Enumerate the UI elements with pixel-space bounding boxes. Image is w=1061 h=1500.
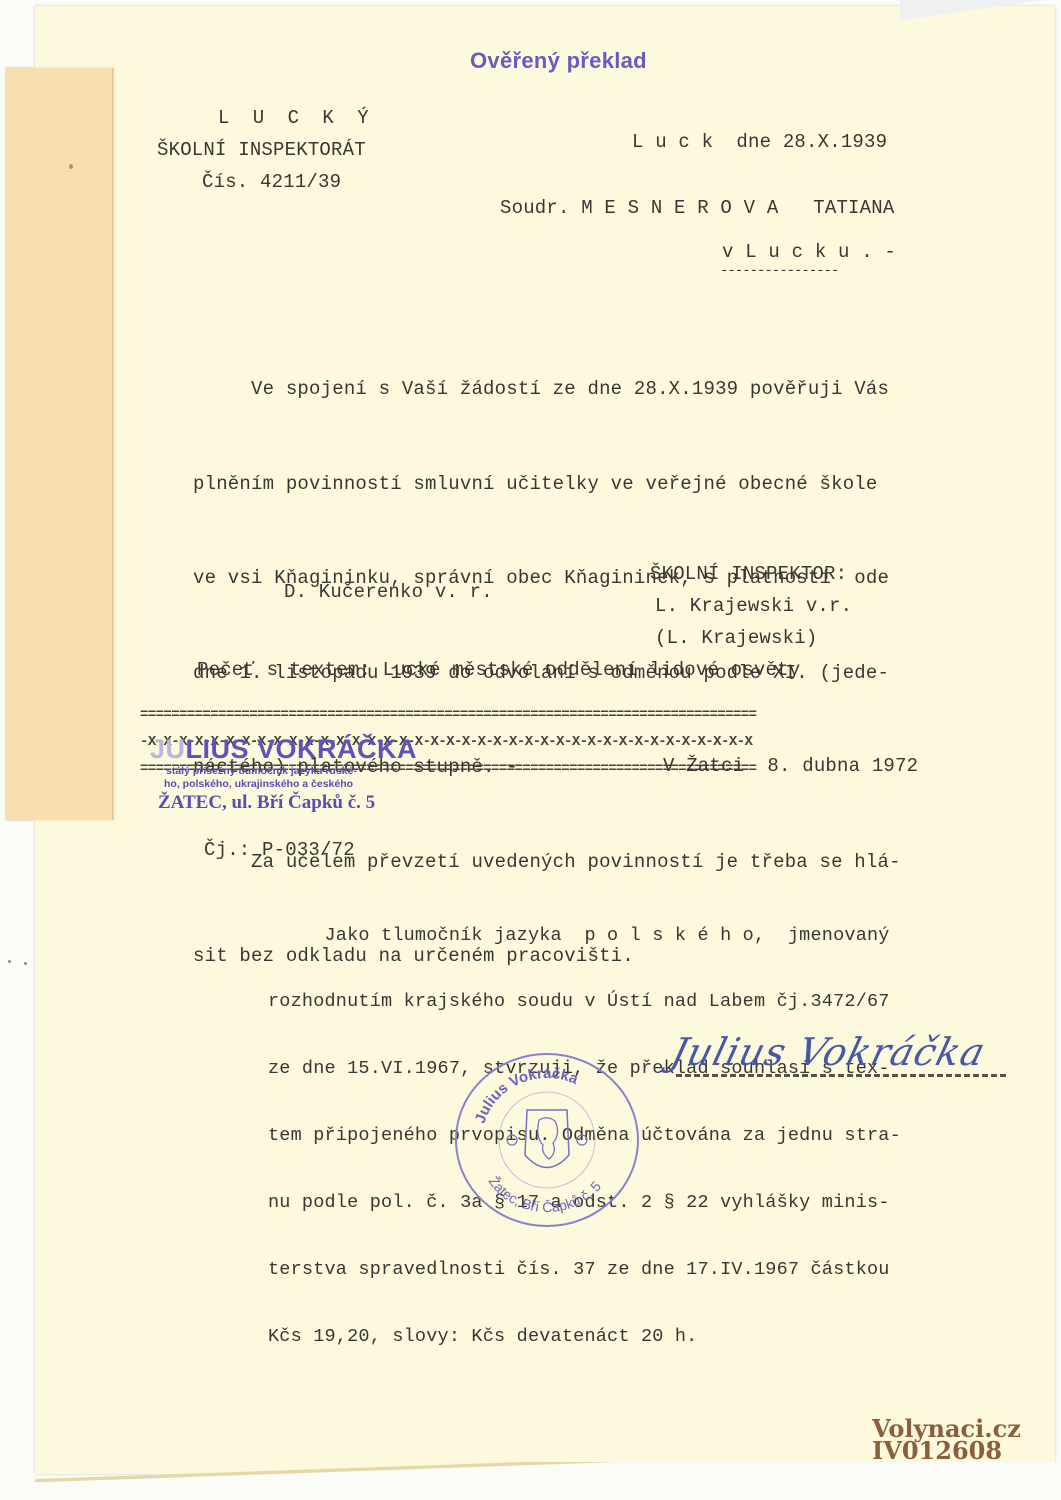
signature-left: D. Kučerenko v. r. [284, 580, 493, 604]
translation-place-date: V Žatci 8. dubna 1972 [663, 754, 918, 778]
signature-dashed-line [676, 1074, 1006, 1077]
watermark-id: IV012608 [872, 1440, 1021, 1462]
body-line: Ve spojení s Vaší žádostí ze dne 28.X.19… [193, 374, 901, 406]
paper-blemish [69, 164, 73, 169]
svg-text:Žatec, Bří Čapků č. 5: Žatec, Bří Čapků č. 5 [486, 1173, 605, 1215]
scan-speck [8, 960, 11, 963]
translator-languages: ho, polského, ukrajinského a českého [164, 778, 417, 791]
letterhead-city: L U C K Ý [218, 106, 375, 130]
signature-right-name: (L. Krajewski) [655, 626, 817, 650]
translator-stamp: JULIUS VOKRÁČKA stálý přísežný tlumočník… [150, 734, 417, 814]
signature-right: L. Krajewski v.r. [655, 594, 852, 618]
recipient-underline: ---------------- [720, 259, 838, 283]
underlying-paper-strip-front [5, 68, 113, 820]
scan-speck [24, 962, 27, 965]
certification-line: Jako tlumočník jazyka p o l s k é h o, j… [268, 925, 901, 947]
lion-coat-of-arms-icon: Julius Vokráčka Žatec, Bří Čapků č. 5 [457, 1055, 637, 1225]
translator-name-faded: JU [150, 734, 186, 764]
handwritten-signature: Julius Vokráčka [667, 1030, 991, 1074]
reference-number: Čj.: P-033/72 [204, 838, 355, 862]
round-seal: Julius Vokráčka Žatec, Bří Čapků č. 5 [455, 1053, 639, 1227]
verified-translation-stamp: Ověřený překlad [470, 48, 647, 74]
body-line: plněním povinností smluvní učitelky ve v… [193, 469, 901, 501]
certification-line: Kčs 19,20, slovy: Kčs devatenáct 20 h. [268, 1326, 901, 1348]
seal-note: Pečeť s textem: Lucké městské oddělení l… [197, 658, 800, 682]
inspector-title: ŠKOLNÍ INSPEKTOR: [650, 562, 847, 586]
certification-line: terstva spravedlnosti čís. 37 ze dne 17.… [268, 1259, 901, 1281]
translator-name-main: LIUS VOKRÁČKA [186, 734, 418, 764]
recipient-name: Soudr. M E S N E R O V A TATIANA [500, 196, 894, 220]
watermark: Volynaci.cz IV012608 [872, 1418, 1021, 1462]
translator-name: JULIUS VOKRÁČKA [150, 734, 417, 765]
certification-line: rozhodnutím krajského soudu v Ústí nad L… [268, 991, 901, 1013]
translator-address: ŽATEC, ul. Bří Čapků č. 5 [158, 792, 417, 814]
letterhead-number: Čís. 4211/39 [202, 170, 341, 194]
place-date: L u c k dne 28.X.1939 [632, 130, 887, 154]
letterhead-office: ŠKOLNÍ INSPEKTORÁT [157, 138, 366, 162]
divider-top: ========================================… [140, 711, 756, 720]
paper-bottom-edge [35, 1462, 1061, 1482]
paper-corner [900, 0, 1061, 22]
translator-qualification: stálý přísežný tlumočník jazyka ruské- [166, 765, 417, 778]
